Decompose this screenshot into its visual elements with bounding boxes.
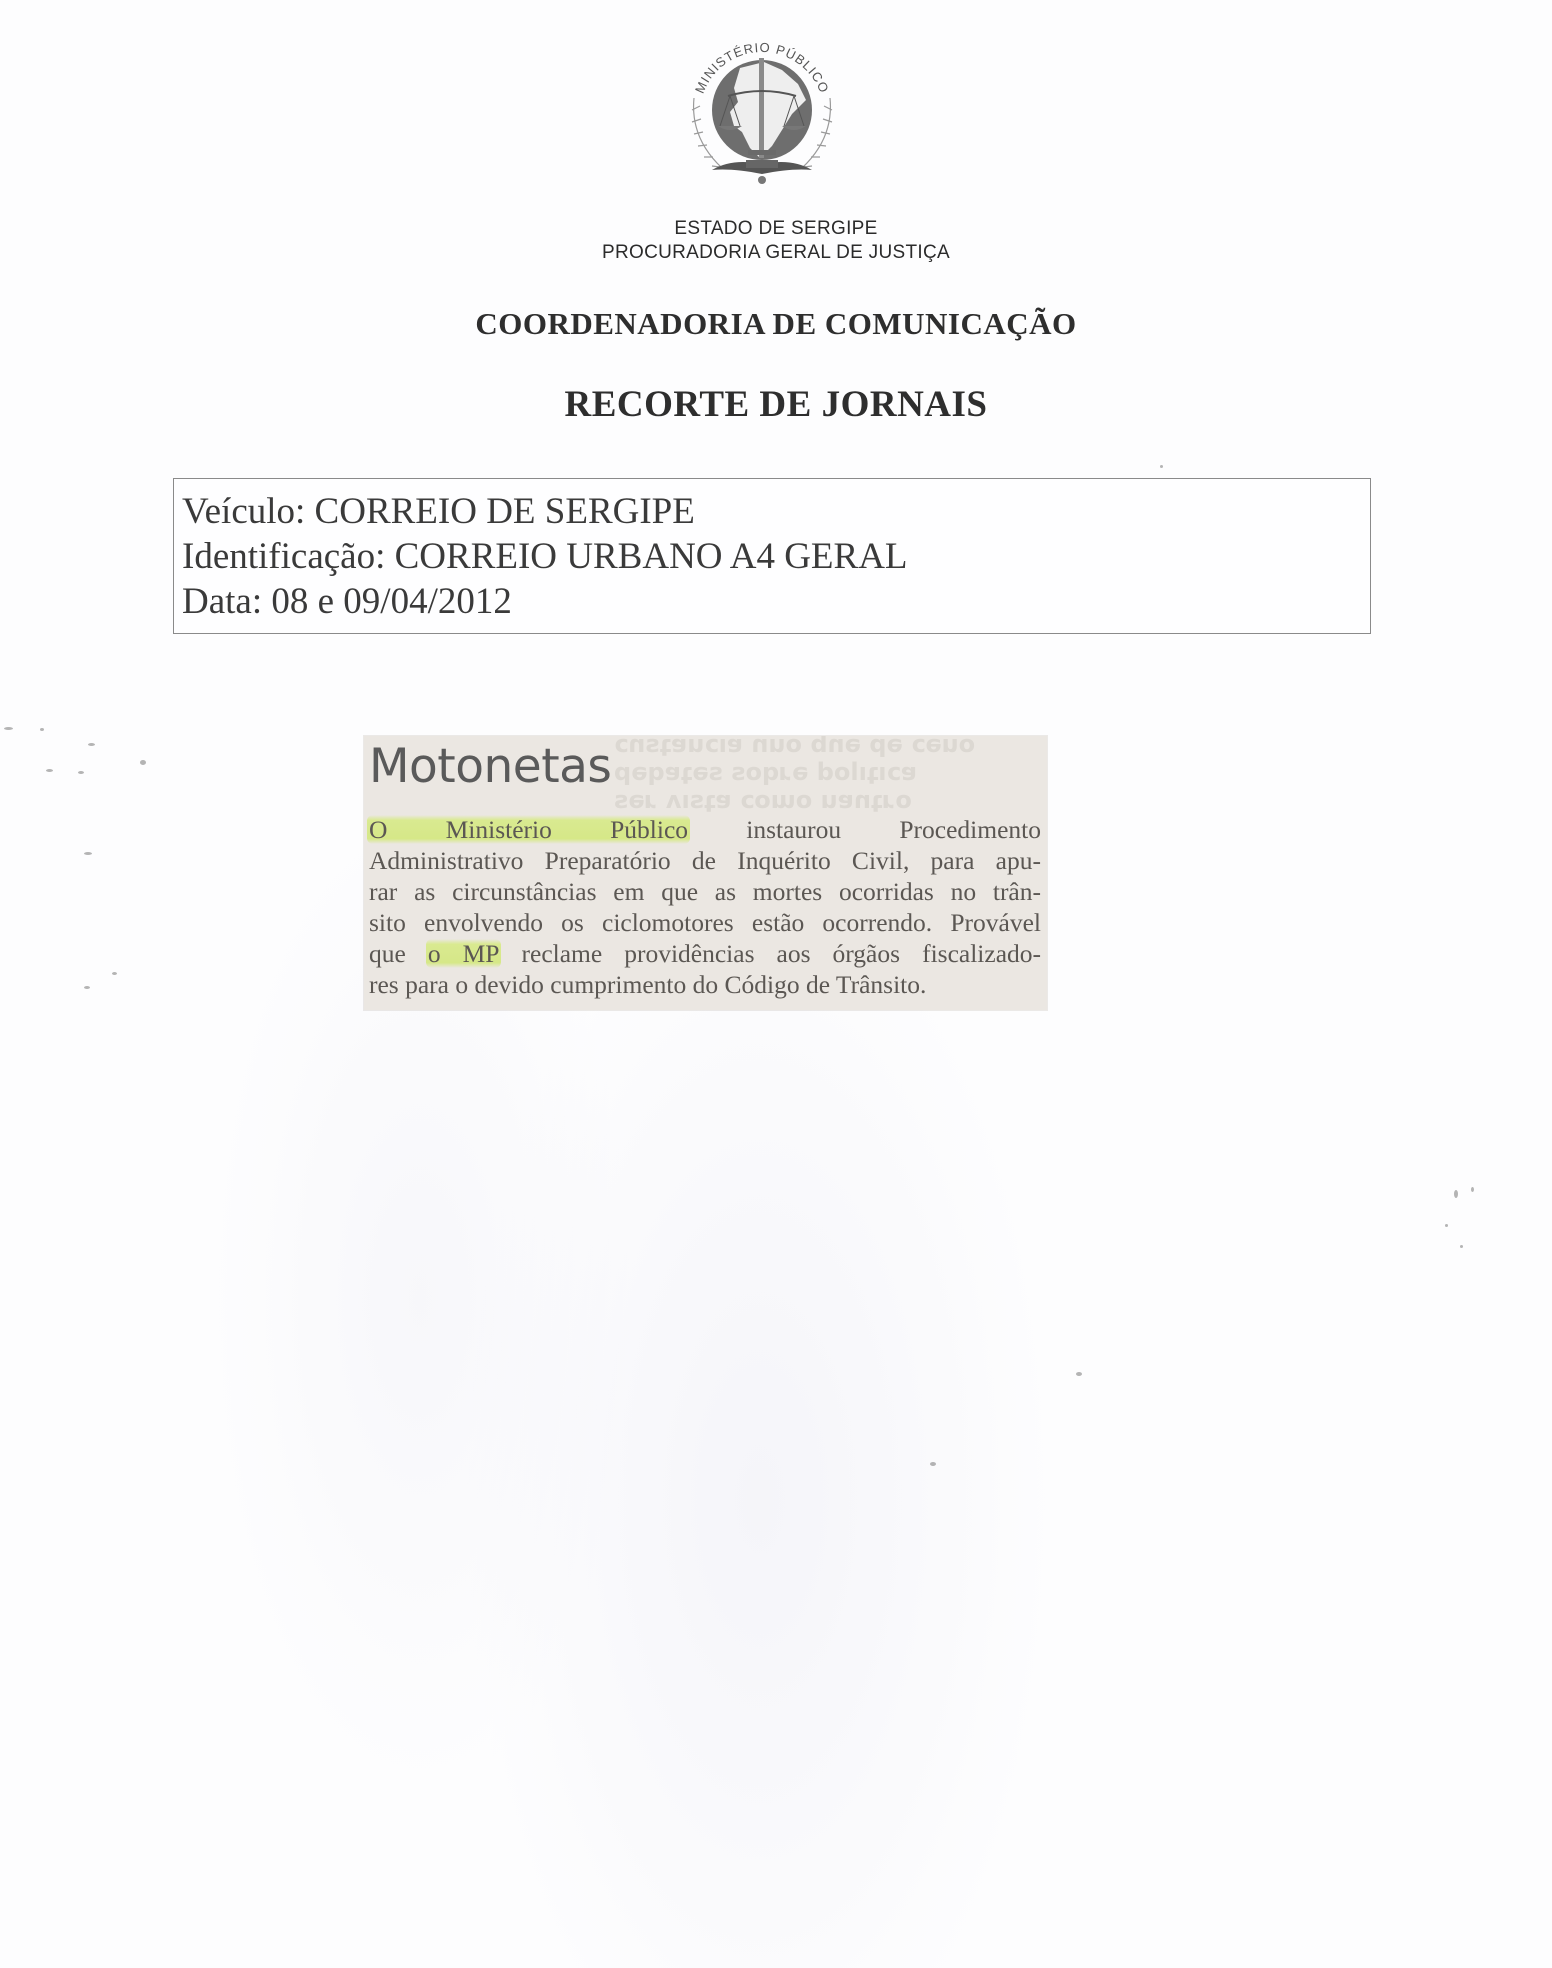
clipping-line: sito envolvendo os ciclomotores estão oc… — [369, 907, 1041, 938]
scan-speck — [1160, 465, 1163, 468]
clipping-line: res para o devido cumprimento do Código … — [369, 969, 1041, 1000]
scan-speck — [88, 743, 95, 746]
organization-heading: ESTADO DE SERGIPE PROCURADORIA GERAL DE … — [0, 217, 1552, 265]
clipping-line: O Ministério Público instaurou Procedime… — [369, 814, 1041, 845]
clipping-body: O Ministério Público instaurou Procedime… — [369, 814, 1041, 1000]
department-title: COORDENADORIA DE COMUNICAÇÃO — [0, 305, 1552, 343]
scan-speck — [1460, 1245, 1463, 1248]
clipping-line: Administrativo Preparatório de Inquérito… — [369, 845, 1041, 876]
ministerio-publico-seal-icon: MINISTÉRIO PÚBLICO — [672, 18, 852, 198]
scan-speck — [112, 972, 117, 975]
scan-speck — [1471, 1187, 1474, 1192]
scan-speck — [84, 852, 92, 855]
highlighted-text: O Ministério Público — [367, 815, 690, 844]
scan-speck — [140, 760, 146, 765]
clipping-line: rar as circunstâncias em que as mortes o… — [369, 876, 1041, 907]
scan-speck — [1445, 1224, 1448, 1227]
document-title: RECORTE DE JORNAIS — [0, 383, 1552, 427]
vehicle-field: Veículo: CORREIO DE SERGIPE — [182, 489, 1370, 534]
scan-speck — [1076, 1372, 1082, 1376]
newspaper-clipping: ouǝɔ ǝp ǝnb oun ɐıɔuɐʇsnɔ ɐɔıʇılod ǝɹqos… — [364, 736, 1047, 1010]
date-field: Data: 08 e 09/04/2012 — [182, 579, 1370, 624]
agency-name: PROCURADORIA GERAL DE JUSTIÇA — [0, 241, 1552, 265]
state-name: ESTADO DE SERGIPE — [0, 217, 1552, 241]
clipping-info-box: Veículo: CORREIO DE SERGIPE Identificaçã… — [173, 478, 1371, 634]
scan-speck — [78, 771, 84, 774]
highlighted-text: o MP — [426, 939, 502, 968]
scan-speck — [84, 986, 90, 989]
scan-speck — [930, 1462, 936, 1466]
identification-field: Identificação: CORREIO URBANO A4 GERAL — [182, 534, 1370, 579]
scanned-page: MINISTÉRIO PÚBLICO ESTADO DE SERGIPE PRO… — [0, 0, 1552, 1968]
scan-speck — [40, 728, 44, 731]
clipping-headline: Motonetas — [369, 738, 611, 796]
clipping-line: que o MP reclame providências aos órgãos… — [369, 938, 1041, 969]
scan-speck — [1454, 1190, 1458, 1198]
scan-speck — [4, 727, 13, 730]
scan-speck — [46, 769, 53, 772]
